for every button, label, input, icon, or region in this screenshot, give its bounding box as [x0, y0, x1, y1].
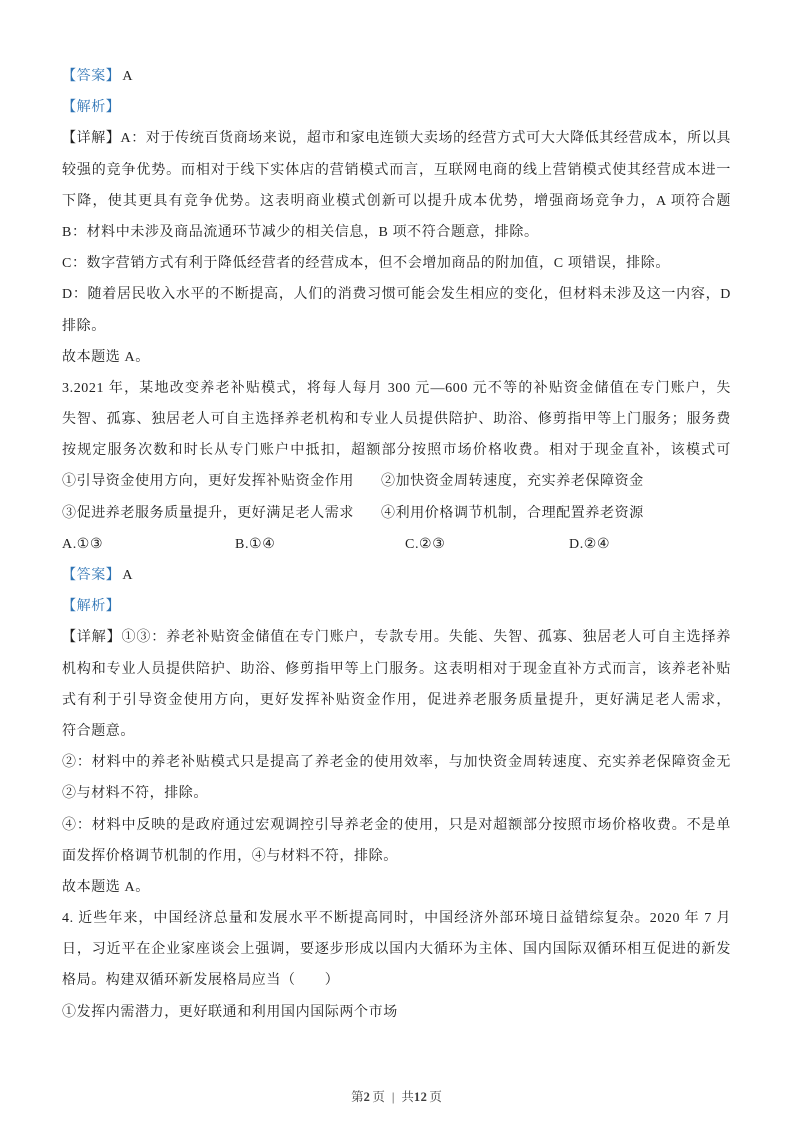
text-line: 符合题意。	[62, 716, 731, 747]
answer-label: 【答案】	[62, 69, 120, 84]
answer-line: 【答案】A	[62, 560, 731, 591]
text-line: 排除。	[62, 311, 731, 342]
footer-separator: |	[392, 1090, 395, 1104]
text-line: ④：材料中反映的是政府通过宏观调控引导养老金的使用，只是对超额部分按照市场价格收…	[62, 810, 731, 841]
text-line: 故本题选 A。	[62, 872, 731, 903]
question-4-stem-line: 格局。构建双循环新发展格局应当（ ）	[62, 965, 731, 996]
page-number-prefix: 第	[351, 1090, 364, 1104]
text-line: 机构和专业人员提供陪护、助浴、修剪指甲等上门服务。这表明相对于现金直补方式而言，…	[62, 654, 731, 685]
statement-4: ④利用价格调节机制，合理配置养老资源	[381, 506, 644, 521]
text-line: 面发挥价格调节机制的作用，④与材料不符，排除。	[62, 841, 731, 872]
page-number-unit: 页	[372, 1090, 385, 1104]
analysis-line: 【解析】	[62, 92, 731, 123]
question-3-stem-line: 失智、孤寡、独居老人可自主选择养老机构和专业人员提供陪护、助浴、修剪指甲等上门服…	[62, 404, 731, 435]
text-line: C：数字营销方式有利于降低经营者的经营成本，但不会增加商品的附加值，C 项错误，…	[62, 248, 731, 279]
text-line: 【详解】A：对于传统百货商场来说，超市和家电连锁大卖场的经营方式可大大降低其经营…	[62, 123, 731, 154]
text-line: 较强的竞争优势。而相对于线下实体店的营销模式而言，互联网电商的线上营销模式使其经…	[62, 155, 731, 186]
options-row: A.①③B.①④C.②③D.②④	[62, 529, 731, 560]
text-line: B：材料中未涉及商品流通环节减少的相关信息，B 项不符合题意，排除。	[62, 217, 731, 248]
question-3-stem-line: 3.2021 年，某地改变养老补贴模式，将每人每月 300 元—600 元不等的…	[62, 373, 731, 404]
question-4-stem-line: 日，习近平在企业家座谈会上强调，要逐步形成以国内大循环为主体、国内国际双循环相互…	[62, 934, 731, 965]
statement-1: ①引导资金使用方向，更好发挥补贴资金作用	[62, 466, 381, 497]
text-line: 式有利于引导资金使用方向，更好发挥补贴资金作用，促进养老服务质量提升，更好满足老…	[62, 685, 731, 716]
total-pages-unit: 页	[429, 1090, 442, 1104]
text-line: 故本题选 A。	[62, 342, 731, 373]
text-line: D：随着居民收入水平的不断提高，人们的消费习惯可能会发生相应的变化，但材料未涉及…	[62, 279, 731, 310]
text-line: 下降，使其更具有竞争优势。这表明商业模式创新可以提升成本优势，增强商场竞争力，A…	[62, 186, 731, 217]
option-c: C.②③	[405, 529, 569, 560]
statement-row: ③促进养老服务质量提升，更好满足老人需求④利用价格调节机制，合理配置养老资源	[62, 498, 731, 529]
total-pages: 12	[414, 1090, 428, 1104]
analysis-label: 【解析】	[62, 599, 120, 614]
text-line: 【详解】①③：养老补贴资金储值在专门账户，专款专用。失能、失智、孤寡、独居老人可…	[62, 622, 731, 653]
answer-label: 【答案】	[62, 568, 120, 583]
question-4-stem-line: 4. 近些年来，中国经济总量和发展水平不断提高同时，中国经济外部环境日益错综复杂…	[62, 903, 731, 934]
text-line: ②与材料不符，排除。	[62, 778, 731, 809]
option-b: B.①④	[235, 529, 405, 560]
page-number: 2	[364, 1090, 371, 1104]
statement-row: ①引导资金使用方向，更好发挥补贴资金作用②加快资金周转速度，充实养老保障资金	[62, 466, 731, 497]
document-page: 【答案】A 【解析】 【详解】A：对于传统百货商场来说，超市和家电连锁大卖场的经…	[0, 0, 793, 1122]
statement-3: ③促进养老服务质量提升，更好满足老人需求	[62, 498, 381, 529]
analysis-label: 【解析】	[62, 100, 120, 115]
question-3-stem-line: 按规定服务次数和时长从专门账户中抵扣，超额部分按照市场价格收费。相对于现金直补，…	[62, 435, 731, 466]
page-content: 【答案】A 【解析】 【详解】A：对于传统百货商场来说，超市和家电连锁大卖场的经…	[62, 61, 731, 1028]
analysis-line: 【解析】	[62, 591, 731, 622]
answer-line: 【答案】A	[62, 61, 731, 92]
option-d: D.②④	[569, 529, 610, 560]
text-line: ②：材料中的养老补贴模式只是提高了养老金的使用效率，与加快资金周转速度、充实养老…	[62, 747, 731, 778]
page-footer: 第2页|共12页	[0, 1086, 793, 1108]
statement-2: ②加快资金周转速度，充实养老保障资金	[381, 474, 644, 489]
answer-value: A	[122, 69, 133, 84]
statement-1: ①发挥内需潜力，更好联通和利用国内国际两个市场	[62, 997, 731, 1028]
answer-value: A	[122, 568, 133, 583]
option-a: A.①③	[62, 529, 235, 560]
total-pages-prefix: 共	[401, 1090, 414, 1104]
